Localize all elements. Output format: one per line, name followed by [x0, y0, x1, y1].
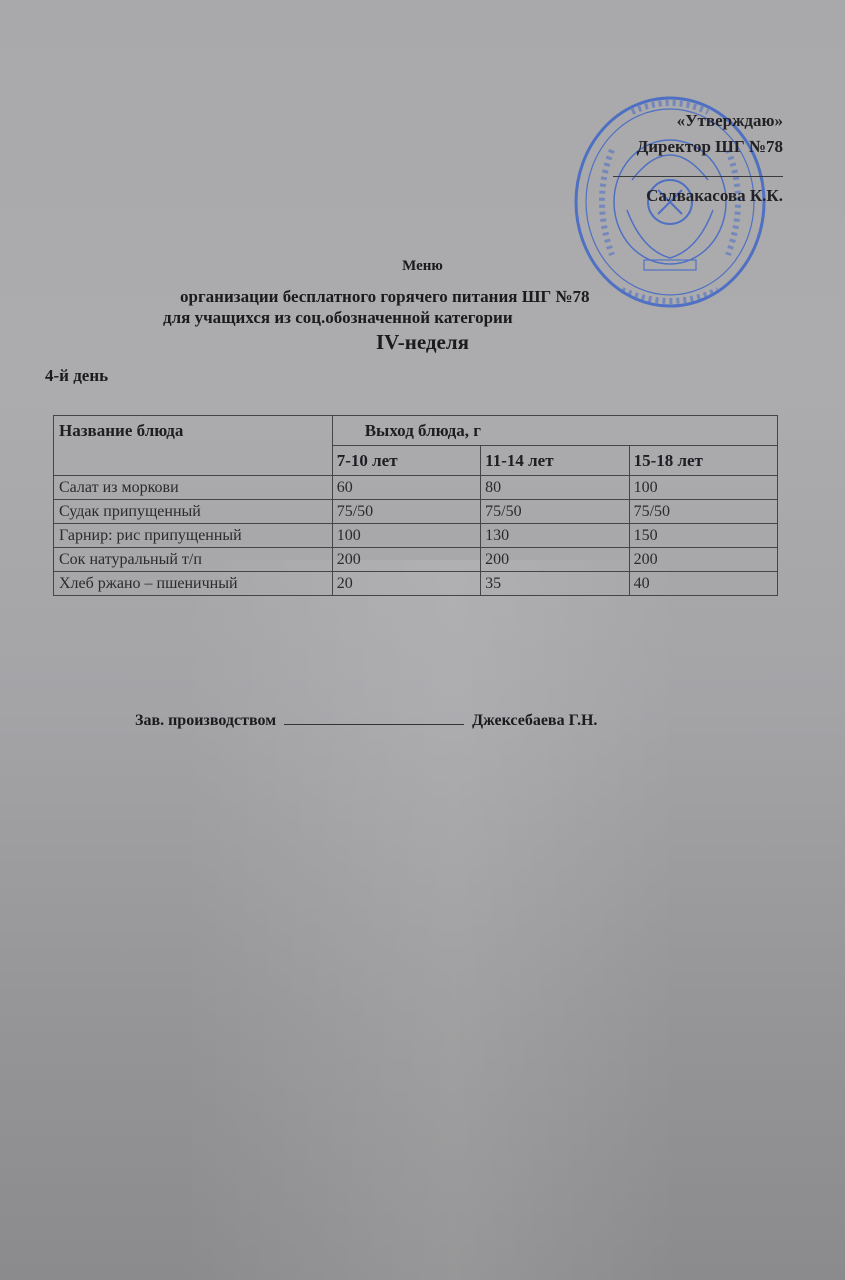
footer-role: Зав. производством: [135, 712, 276, 729]
footer-signature: Зав. производствомДжексебаева Г.Н.: [135, 712, 597, 730]
approval-signatory: Салвакасова К.К.: [613, 183, 783, 209]
yield-cell: 200: [629, 548, 777, 572]
dish-name: Гарнир: рис припущенный: [54, 524, 333, 548]
signature-line: [284, 712, 464, 725]
yield-cell: 80: [481, 476, 629, 500]
yield-cell: 130: [481, 524, 629, 548]
yield-cell: 75/50: [481, 500, 629, 524]
dish-name: Судак припущенный: [54, 500, 333, 524]
yield-cell: 75/50: [629, 500, 777, 524]
yield-cell: 35: [481, 572, 629, 596]
paper-sheen: [180, 560, 680, 1280]
header-age-group: 11-14 лет: [481, 446, 629, 476]
table-row: Салат из моркови 60 80 100: [54, 476, 778, 500]
menu-table: Название блюда Выход блюда, г 7-10 лет 1…: [53, 415, 778, 596]
signature-line: [613, 166, 783, 177]
yield-cell: 60: [332, 476, 480, 500]
table-row: Судак припущенный 75/50 75/50 75/50: [54, 500, 778, 524]
header-age-group: 7-10 лет: [332, 446, 480, 476]
header-dish-name: Название блюда: [54, 416, 333, 476]
yield-cell: 150: [629, 524, 777, 548]
dish-name: Салат из моркови: [54, 476, 333, 500]
title-menu: Меню: [0, 256, 845, 276]
yield-cell: 100: [332, 524, 480, 548]
document-title: Меню: [0, 256, 845, 276]
table-row: Хлеб ржано – пшеничный 20 35 40: [54, 572, 778, 596]
day-label: 4-й день: [45, 366, 108, 386]
yield-cell: 75/50: [332, 500, 480, 524]
yield-cell: 200: [481, 548, 629, 572]
yield-cell: 20: [332, 572, 480, 596]
approval-block: «Утверждаю» Директор ШГ №78 Салвакасова …: [613, 108, 783, 209]
title-subtitle: организации бесплатного горячего питания…: [180, 287, 590, 307]
header-yield: Выход блюда, г: [332, 416, 777, 446]
title-week: IV-неделя: [0, 330, 845, 355]
approval-heading: «Утверждаю»: [613, 108, 783, 134]
table-row: Сок натуральный т/п 200 200 200: [54, 548, 778, 572]
yield-cell: 100: [629, 476, 777, 500]
header-age-group: 15-18 лет: [629, 446, 777, 476]
table-row: Гарнир: рис припущенный 100 130 150: [54, 524, 778, 548]
footer-name: Джексебаева Г.Н.: [472, 712, 597, 729]
approval-position: Директор ШГ №78: [613, 134, 783, 160]
yield-cell: 40: [629, 572, 777, 596]
dish-name: Сок натуральный т/п: [54, 548, 333, 572]
yield-cell: 200: [332, 548, 480, 572]
dish-name: Хлеб ржано – пшеничный: [54, 572, 333, 596]
title-category: для учащихся из соц.обозначенной категор…: [163, 308, 513, 328]
